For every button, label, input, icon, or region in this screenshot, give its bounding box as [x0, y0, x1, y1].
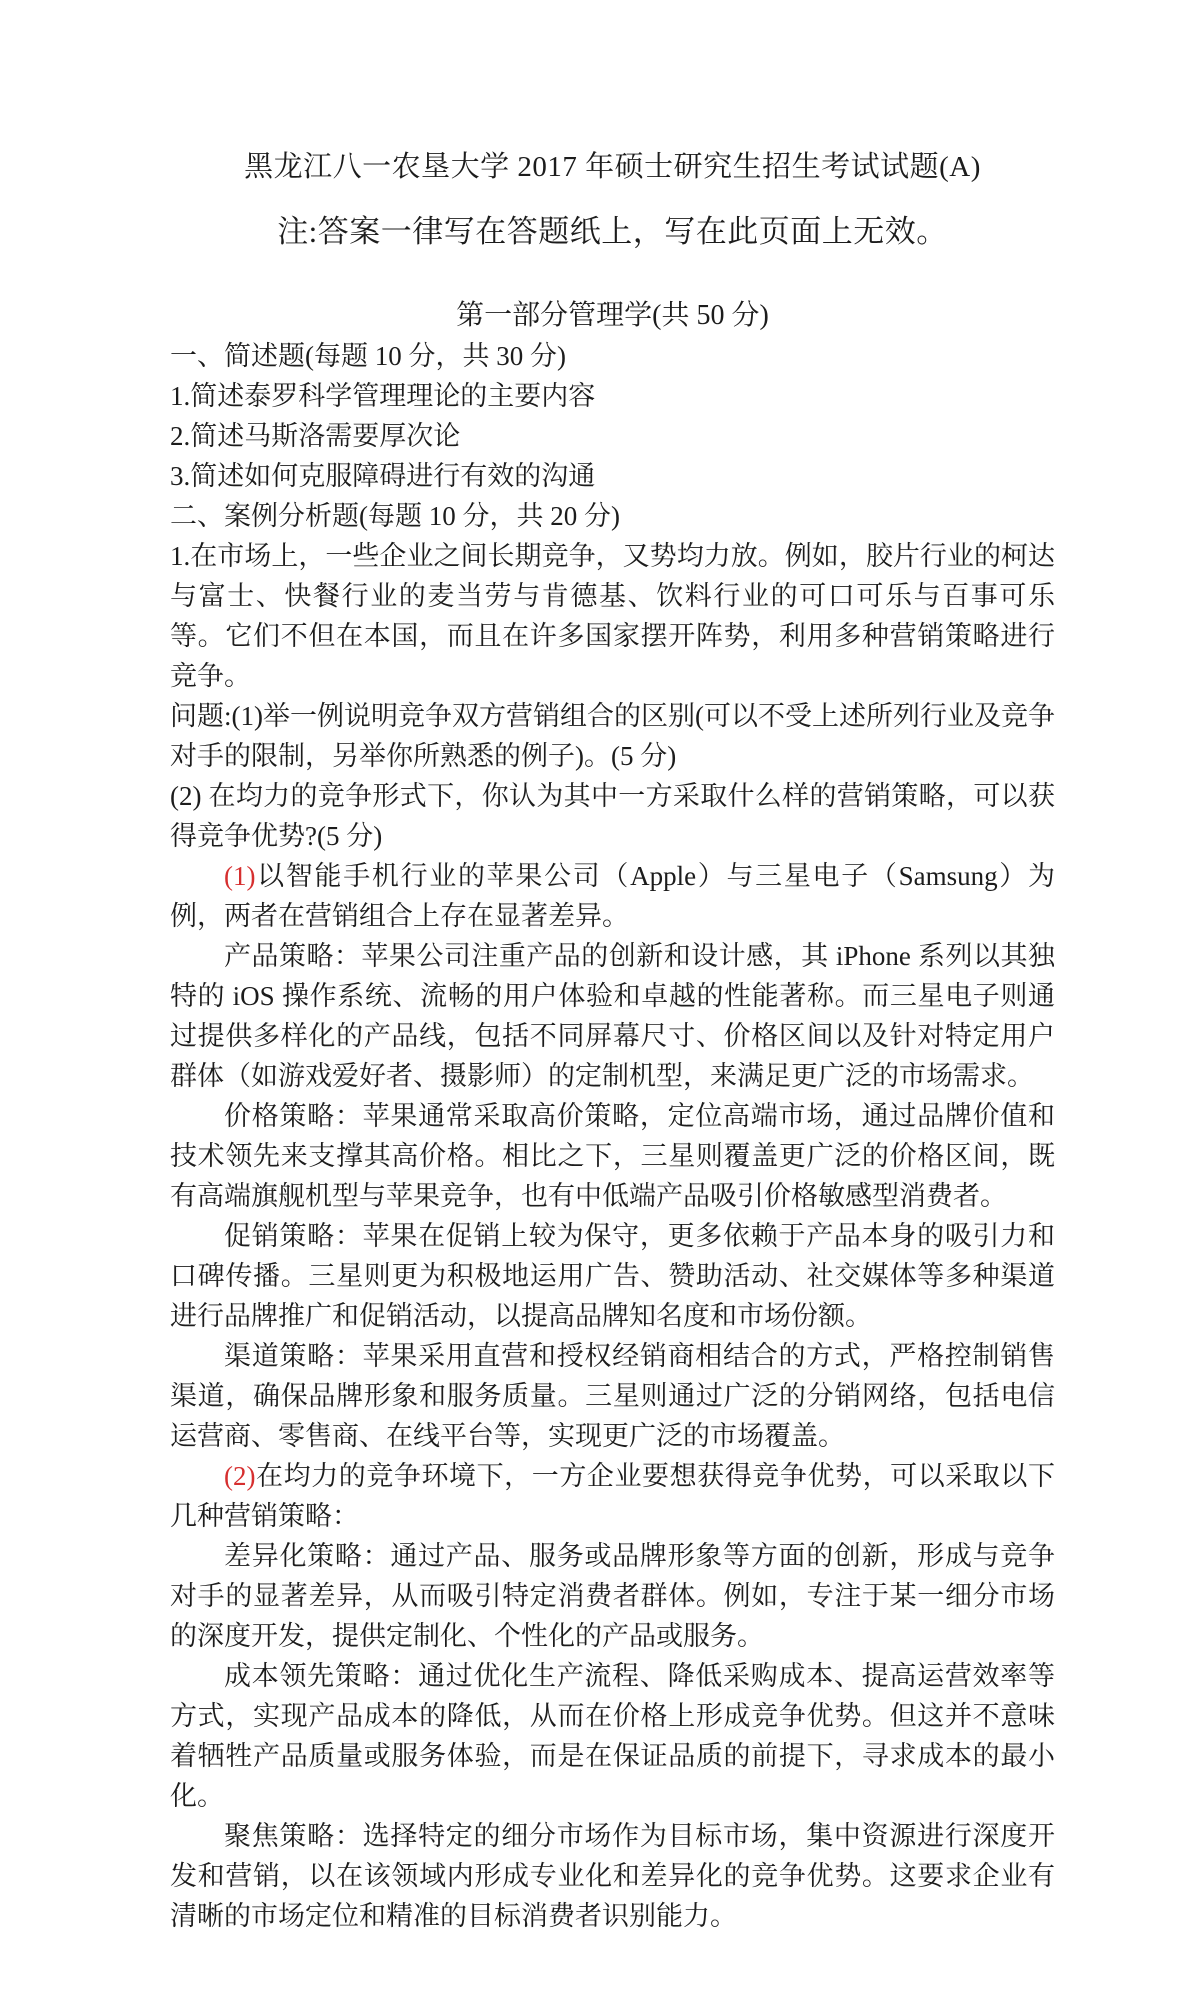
paragraph: 二、案例分析题(每题 10 分，共 20 分)	[170, 496, 1055, 536]
answer-paragraph: (2)在均力的竞争环境下，一方企业要想获得竞争优势，可以采取以下几种营销策略：	[170, 1456, 1055, 1536]
paragraph: 1.简述泰罗科学管理理论的主要内容	[170, 376, 1055, 416]
paragraph: 差异化策略：通过产品、服务或品牌形象等方面的创新，形成与竞争对手的显著差异，从而…	[170, 1536, 1055, 1656]
paragraph: 1.在市场上，一些企业之间长期竞争，又势均力放。例如，胶片行业的柯达与富士、快餐…	[170, 536, 1055, 696]
paragraph: 促销策略：苹果在促销上较为保守，更多依赖于产品本身的吸引力和口碑传播。三星则更为…	[170, 1216, 1055, 1336]
answer-paragraph: (1)以智能手机行业的苹果公司（Apple）与三星电子（Samsung）为例，两…	[170, 856, 1055, 936]
paragraph: 产品策略：苹果公司注重产品的创新和设计感，其 iPhone 系列以其独特的 iO…	[170, 936, 1055, 1096]
paragraph: 一、简述题(每题 10 分，共 30 分)	[170, 336, 1055, 376]
answer-number-red: (1)	[224, 861, 255, 891]
section-heading-management: 第一部分管理学(共 50 分)	[170, 296, 1055, 336]
paragraph: 聚焦策略：选择特定的细分市场作为目标市场，集中资源进行深度开发和营销，以在该领域…	[170, 1816, 1055, 1936]
document-body: 一、简述题(每题 10 分，共 30 分)1.简述泰罗科学管理理论的主要内容2.…	[170, 336, 1055, 1936]
paragraph: 3.简述如何克服障碍进行有效的沟通	[170, 456, 1055, 496]
paragraph: 问题:(1)举一例说明竞争双方营销组合的区别(可以不受上述所列行业及竞争对手的限…	[170, 696, 1055, 776]
paragraph: 成本领先策略：通过优化生产流程、降低采购成本、提高运营效率等方式，实现产品成本的…	[170, 1656, 1055, 1816]
answer-notice: 注:答案一律写在答题纸上，写在此页面上无效。	[170, 210, 1055, 254]
paragraph: 价格策略：苹果通常采取高价策略，定位高端市场，通过品牌价值和技术领先来支撑其高价…	[170, 1096, 1055, 1216]
paragraph: 渠道策略：苹果采用直营和授权经销商相结合的方式，严格控制销售渠道，确保品牌形象和…	[170, 1336, 1055, 1456]
document-title: 黑龙江八一农垦大学 2017 年硕士研究生招生考试试题(A)	[170, 146, 1055, 188]
exam-document-page: 黑龙江八一农垦大学 2017 年硕士研究生招生考试试题(A) 注:答案一律写在答…	[0, 0, 1190, 1996]
paragraph: (2) 在均力的竞争形式下，你认为其中一方采取什么样的营销策略，可以获得竞争优势…	[170, 776, 1055, 856]
answer-number-red: (2)	[224, 1461, 255, 1491]
paragraph: 2.简述马斯洛需要厚次论	[170, 416, 1055, 456]
